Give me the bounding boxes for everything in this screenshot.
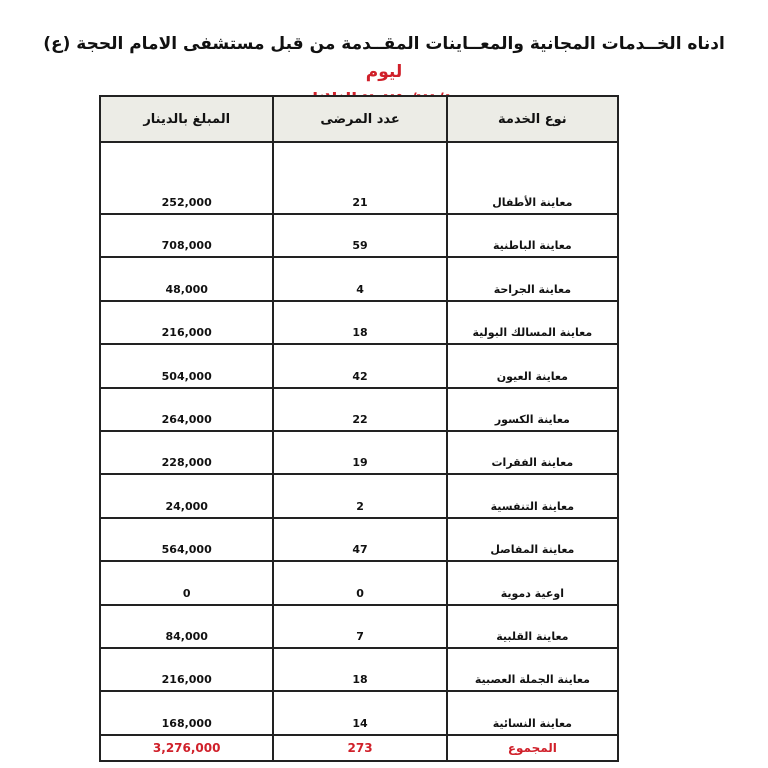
header-service: نوع الخدمة (447, 96, 618, 142)
amount-cell: 264,000 (100, 388, 273, 431)
title-day-label: ليوم (366, 62, 402, 82)
service-cell: معاينة القلبية (447, 605, 618, 648)
table-header-row: نوع الخدمة عدد المرضى المبلغ بالدينار (100, 96, 618, 142)
title-main-text: ادناه الخــدمات المجانية والمعــاينات ال… (43, 34, 725, 54)
service-cell: معاينة الجملة العصبية (447, 648, 618, 691)
amount-cell: 564,000 (100, 518, 273, 561)
patients-cell: 22 (273, 388, 446, 431)
table-row: معاينة الفقرات 19 228,000 (100, 431, 618, 474)
amount-cell: 216,000 (100, 301, 273, 344)
patients-cell: 21 (273, 142, 446, 214)
table-row: معاينة المسالك البولية 18 216,000 (100, 301, 618, 344)
amount-cell: 84,000 (100, 605, 273, 648)
table-row: معاينة الجراحة 4 48,000 (100, 257, 618, 300)
patients-cell: 42 (273, 344, 446, 387)
service-cell: معاينة الجراحة (447, 257, 618, 300)
patients-cell: 4 (273, 257, 446, 300)
table-row: معاينة الجملة العصبية 18 216,000 (100, 648, 618, 691)
service-cell: معاينة المسالك البولية (447, 301, 618, 344)
services-table: نوع الخدمة عدد المرضى المبلغ بالدينار مع… (99, 95, 619, 762)
amount-cell: 24,000 (100, 474, 273, 517)
service-cell: معاينة التنفسية (447, 474, 618, 517)
table-row: معاينة المفاصل 47 564,000 (100, 518, 618, 561)
table-row: معاينة القلبية 7 84,000 (100, 605, 618, 648)
amount-cell: 228,000 (100, 431, 273, 474)
patients-cell: 2 (273, 474, 446, 517)
amount-cell: 168,000 (100, 691, 273, 734)
amount-cell: 504,000 (100, 344, 273, 387)
table-row: معاينة التنفسية 2 24,000 (100, 474, 618, 517)
patients-cell: 18 (273, 648, 446, 691)
patients-cell: 19 (273, 431, 446, 474)
table-row: معاينة النسائية 14 168,000 (100, 691, 618, 734)
patients-cell: 47 (273, 518, 446, 561)
amount-cell: 708,000 (100, 214, 273, 257)
header-patients: عدد المرضى (273, 96, 446, 142)
patients-cell: 0 (273, 561, 446, 604)
table-row: اوعية دموية 0 0 (100, 561, 618, 604)
patients-cell: 18 (273, 301, 446, 344)
total-label: المجموع (447, 735, 618, 761)
amount-cell: 48,000 (100, 257, 273, 300)
service-cell: معاينة العيون (447, 344, 618, 387)
title-line-1: ادناه الخــدمات المجانية والمعــاينات ال… (40, 30, 728, 86)
service-cell: اوعية دموية (447, 561, 618, 604)
total-patients: 273 (273, 735, 446, 761)
table-row: معاينة الكسور 22 264,000 (100, 388, 618, 431)
amount-cell: 0 (100, 561, 273, 604)
total-amount: 3,276,000 (100, 735, 273, 761)
patients-cell: 14 (273, 691, 446, 734)
service-cell: معاينة الأطفال (447, 142, 618, 214)
service-cell: معاينة الباطنية (447, 214, 618, 257)
header-amount: المبلغ بالدينار (100, 96, 273, 142)
patients-cell: 59 (273, 214, 446, 257)
table-row: معاينة الباطنية 59 708,000 (100, 214, 618, 257)
patients-cell: 7 (273, 605, 446, 648)
service-cell: معاينة الفقرات (447, 431, 618, 474)
table-row: معاينة العيون 42 504,000 (100, 344, 618, 387)
total-row: المجموع 273 3,276,000 (100, 735, 618, 761)
amount-cell: 216,000 (100, 648, 273, 691)
service-cell: معاينة الكسور (447, 388, 618, 431)
table-row: معاينة الأطفال 21 252,000 (100, 142, 618, 214)
service-cell: معاينة المفاصل (447, 518, 618, 561)
amount-cell: 252,000 (100, 142, 273, 214)
service-cell: معاينة النسائية (447, 691, 618, 734)
